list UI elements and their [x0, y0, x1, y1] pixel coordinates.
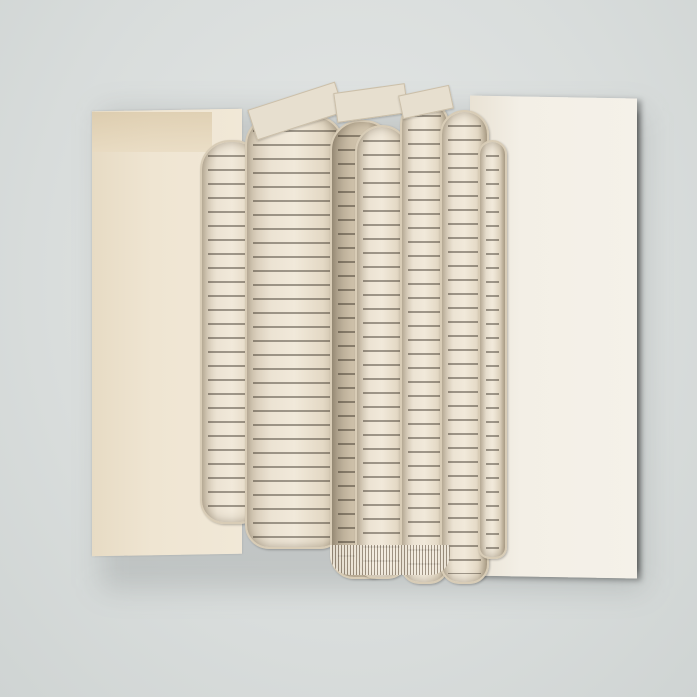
folded-page-arch-7 [478, 140, 507, 559]
photo-scene: Folded book art sculpture [0, 0, 697, 697]
page-edges [330, 545, 450, 575]
printed-text-lines [253, 125, 336, 539]
printed-text-lines [486, 150, 499, 549]
printed-text-lines [448, 120, 481, 574]
left-cover-fold [92, 112, 212, 152]
printed-text-lines [408, 110, 441, 574]
printed-text-lines [363, 135, 401, 569]
